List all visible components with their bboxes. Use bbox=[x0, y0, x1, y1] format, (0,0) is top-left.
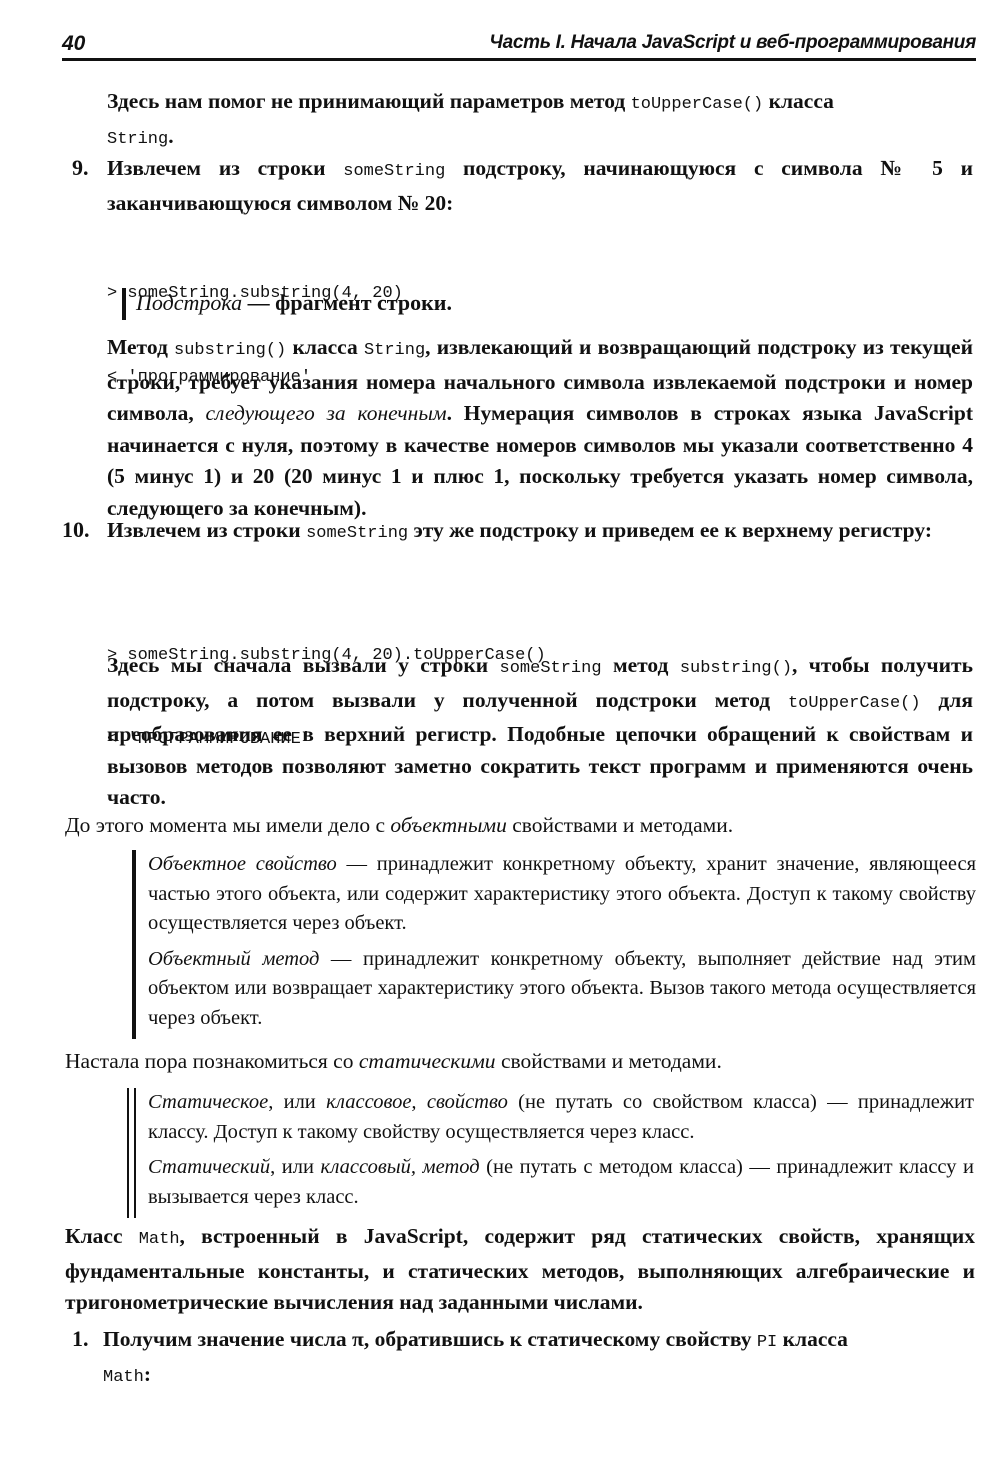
code-string: String bbox=[364, 341, 425, 360]
page-number: 40 bbox=[62, 32, 85, 56]
code-substring: substring() bbox=[680, 659, 792, 678]
code-math: Math bbox=[103, 1368, 144, 1387]
step-1-text: Получим значение числа π, обратившись к … bbox=[103, 1324, 975, 1393]
text: свойствами и методами. bbox=[507, 813, 733, 837]
text: класса bbox=[763, 89, 834, 113]
book-page: 40 Часть I. Начала JavaScript и веб-прог… bbox=[0, 0, 1000, 1465]
definition-term: классовое bbox=[326, 1091, 411, 1113]
definition-object-property: Объектное свойство — принадлежит конкрет… bbox=[148, 850, 976, 939]
definition-term: Объектный метод bbox=[148, 948, 319, 970]
step-number-1: 1. bbox=[72, 1326, 89, 1352]
definition-text: — фрагмент строки. bbox=[242, 290, 452, 315]
text: , встроенный в JavaScript, содержит ряд … bbox=[65, 1224, 975, 1314]
static-definitions: Статическое, или классовое, свойство (не… bbox=[134, 1088, 974, 1218]
text: Здесь нам помог не принимающий параметро… bbox=[107, 89, 631, 113]
emphasis: объектными bbox=[390, 813, 506, 837]
code-somestring: someString bbox=[343, 162, 445, 181]
math-intro: Класс Math, встроенный в JavaScript, сод… bbox=[65, 1221, 975, 1319]
object-definitions: Объектное свойство — принадлежит конкрет… bbox=[132, 850, 976, 1039]
definition-term: свойство bbox=[427, 1091, 508, 1113]
definition-term: Статический bbox=[148, 1156, 270, 1178]
static-intro: Настала пора познакомиться со статически… bbox=[65, 1046, 965, 1078]
intro-paragraph: Здесь нам помог не принимающий параметро… bbox=[107, 86, 973, 155]
step-10-text: Извлечем из строки someString эту же под… bbox=[107, 515, 973, 550]
code-math: Math bbox=[139, 1230, 180, 1249]
text: Настала пора познакомиться со bbox=[65, 1049, 359, 1073]
code-pi: PI bbox=[757, 1333, 777, 1352]
text: Извлечем из строки bbox=[107, 518, 306, 542]
text: Получим значение числа π, обратившись к … bbox=[103, 1327, 757, 1351]
text: свойствами и методами. bbox=[496, 1049, 722, 1073]
step-number-10: 10. bbox=[62, 517, 90, 543]
code-touppercase: toUpperCase() bbox=[631, 95, 764, 114]
text: , или bbox=[268, 1091, 326, 1113]
definition-term: Подстрока bbox=[136, 290, 242, 315]
code-somestring: someString bbox=[306, 524, 408, 543]
text: класса bbox=[286, 335, 364, 359]
text: Метод bbox=[107, 335, 174, 359]
text: , bbox=[411, 1091, 426, 1113]
step-9-text: Извлечем из строки someString подстроку,… bbox=[107, 153, 973, 219]
text: , bbox=[411, 1156, 423, 1178]
text: Класс bbox=[65, 1224, 139, 1248]
definition-term: Объектное свойство bbox=[148, 853, 337, 875]
definition-term: метод bbox=[423, 1156, 480, 1178]
object-intro: До этого момента мы имели дело с объектн… bbox=[65, 810, 965, 842]
text: . bbox=[168, 124, 173, 148]
definition-static-method: Статический, или классовый, метод (не пу… bbox=[148, 1153, 974, 1212]
definition-static-property: Статическое, или классовое, свойство (не… bbox=[148, 1088, 974, 1147]
code-substring: substring() bbox=[174, 341, 286, 360]
text: эту же подстроку и приведем ее к верхнем… bbox=[408, 518, 932, 542]
text: До этого момента мы имели дело с bbox=[65, 813, 390, 837]
running-title: Часть I. Начала JavaScript и веб-програм… bbox=[489, 32, 976, 54]
page-header: 40 Часть I. Начала JavaScript и веб-прог… bbox=[62, 30, 976, 61]
definition-object-method: Объектный метод — принадлежит конкретном… bbox=[148, 945, 976, 1034]
emphasis: статическими bbox=[359, 1049, 496, 1073]
definition-substring: Подстрока — фрагмент строки. bbox=[122, 288, 736, 320]
code-string: String bbox=[107, 130, 168, 149]
code-somestring: someString bbox=[500, 659, 602, 678]
step-10-explanation: Здесь мы сначала вызвали у строки someSt… bbox=[107, 650, 973, 814]
text: : bbox=[144, 1362, 151, 1386]
definition-term: классовый bbox=[320, 1156, 410, 1178]
text: метод bbox=[602, 653, 680, 677]
code-touppercase: toUpperCase() bbox=[788, 694, 921, 713]
text: Извлечем из строки bbox=[107, 156, 343, 180]
step-number-9: 9. bbox=[72, 155, 89, 181]
step-9-explanation: Метод substring() класса String, извлека… bbox=[107, 332, 973, 524]
definition-term: Статическое bbox=[148, 1091, 268, 1113]
emphasis: следующего за конечным bbox=[206, 401, 447, 425]
text: класса bbox=[777, 1327, 848, 1351]
text: Здесь мы сначала вызвали у строки bbox=[107, 653, 500, 677]
text: , или bbox=[270, 1156, 320, 1178]
